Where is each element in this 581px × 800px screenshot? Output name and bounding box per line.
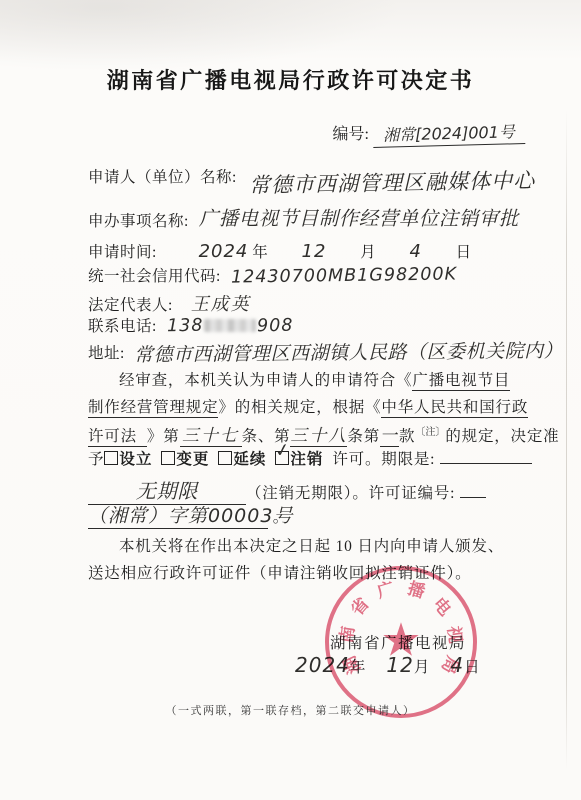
body-line-1: 经审查，本机关认为申请人的申请符合《广播电视节目: [88, 368, 524, 390]
field-row-matter: 申办事项名称: 广播电视节目制作经营单位注销审批: [88, 204, 519, 232]
sig-day-unit: 日: [464, 659, 481, 676]
body-text: 条第: [347, 428, 380, 445]
sig-year-value: 2024: [295, 653, 350, 677]
credit-code-label: 统一社会信用代码:: [88, 268, 221, 285]
body-text: 的规定，决定准: [445, 428, 559, 445]
apply-day-unit: 日: [456, 244, 472, 261]
body-text: 》的相关规定，根据《: [218, 399, 381, 416]
sig-day-value: 4: [450, 653, 464, 677]
doc-number-label: 编号:: [333, 126, 369, 143]
signature-date: 2024年12月4日: [295, 653, 481, 678]
applicant-value: 常德市西湖管理区融媒体中心: [249, 165, 535, 200]
regulation-title-part2: 制作经营管理规定: [88, 399, 218, 418]
checkbox-label: 注销: [290, 451, 323, 468]
apply-month-unit: 月: [360, 244, 376, 261]
checkbox-label: 变更: [176, 451, 209, 468]
scanned-document-page: 湖南省广播电视局行政许可决定书 编号: 湘常[2024]001号 申请人（单位）…: [0, 0, 581, 800]
sig-year-unit: 年: [350, 659, 367, 676]
law-title-part1: 中华人民共和国行政: [381, 399, 528, 418]
body-text: 款: [399, 428, 415, 445]
credit-code-value: 12430700MB1G98200K: [231, 264, 457, 287]
seal-arc-char: 省: [344, 591, 374, 620]
field-row-applicant: 申请人（单位）名称: 常德市西湖管理区融媒体中心: [88, 159, 535, 189]
field-row-credit-code: 统一社会信用代码: 12430700MB1G98200K: [88, 264, 457, 286]
phone-label: 联系电话:: [88, 318, 157, 335]
checkbox-establish: [104, 451, 118, 465]
phone-suffix: 908: [257, 316, 294, 337]
apply-time-label: 申请时间:: [88, 244, 157, 261]
issuing-agency-name: 湖南省广播电视局: [330, 631, 466, 653]
checkbox-item-establish: 设立: [104, 451, 152, 468]
doc-number-line: 编号: 湘常[2024]001号: [333, 121, 525, 146]
matter-value: 广播电视节目制作经营单位注销审批: [199, 203, 519, 231]
body-text: （注销无期限）。许可证编号:: [246, 485, 455, 502]
footer-note: （一式两联，第一联存档，第二联交申请人）: [0, 702, 581, 718]
phone-masked-digits: [204, 319, 256, 332]
checkbox-checkmark: ✓: [274, 441, 293, 462]
document-title: 湖南省广播电视局行政许可决定书: [0, 64, 581, 95]
paper-edge-line: [566, 110, 567, 770]
clause-number: 一: [380, 421, 399, 447]
apply-day-value: 4: [409, 241, 421, 262]
apply-month-value: 12: [302, 241, 327, 262]
body-line-2: 制作经营管理规定》的相关规定，根据《中华人民共和国行政: [88, 395, 524, 417]
applicant-label: 申请人（单位）名称:: [88, 169, 237, 186]
checkbox-item-renew: 延续: [218, 451, 266, 468]
field-row-legal-rep: 法定代表人: 王成英: [88, 290, 251, 316]
body-line-7: 本机关将在作出本决定之日起 10 日内向申请人颁发、: [88, 534, 524, 556]
sig-month-value: 12: [386, 653, 413, 677]
body-line-6: （湘常）字第00003号 。: [88, 501, 524, 529]
checkbox-item-cancel: ✓注销: [275, 451, 323, 468]
body-text: 本机关将在作出本决定之日起 10 日内向申请人颁发、: [119, 538, 504, 555]
checkbox-item-change: 变更: [161, 451, 209, 468]
checkbox-renew: [218, 451, 232, 465]
address-value: 常德市西湖管理区西湖镇人民路（区委机关院内）: [134, 336, 563, 367]
article-number-2: 三十八: [290, 421, 347, 447]
legal-rep-value: 王成英: [191, 290, 251, 316]
body-text: 予: [88, 451, 104, 468]
body-text: 许可。期限是:: [332, 451, 435, 468]
seal-arc-char: 电: [428, 591, 458, 620]
address-label: 地址:: [88, 345, 125, 362]
license-no-blank-start: [460, 482, 486, 498]
field-row-address: 地址: 常德市西湖管理区西湖镇人民路（区委机关院内）: [88, 337, 563, 364]
field-row-apply-time: 申请时间: 2024 年 12 月 4 日: [88, 240, 471, 262]
legal-rep-label: 法定代表人:: [88, 297, 173, 314]
checkbox-label: 延续: [233, 451, 266, 468]
apply-year-value: 2024: [199, 241, 249, 262]
sig-month-unit: 月: [414, 659, 431, 676]
license-number-handwritten: （湘常）字第00003号: [88, 501, 268, 529]
phone-prefix: 138: [167, 316, 204, 337]
article-number-1: 三十七: [180, 421, 242, 447]
body-text: 经审查，本机关认为申请人的申请符合《: [119, 372, 412, 389]
matter-label: 申办事项名称:: [88, 213, 189, 230]
body-text: 送达相应行政许可证件（申请注销收回拟注销证件）。: [88, 565, 471, 582]
field-row-phone: 联系电话: 138908: [88, 314, 294, 336]
checkbox-label: 设立: [119, 451, 152, 468]
regulation-title-part1: 广播电视节目: [412, 372, 510, 391]
body-line-3: 许可法》第三十七条、第三十八条第一款〔注〕的规定，决定准: [88, 421, 524, 447]
checkbox-cancel-checked: ✓: [275, 451, 289, 465]
law-title-part2: 许可法: [88, 428, 147, 447]
checkbox-change: [161, 451, 175, 465]
apply-year-unit: 年: [252, 244, 268, 261]
doc-number-value: 湘常[2024]001号: [373, 119, 526, 148]
body-line-4: 予设立变更延续✓注销许可。期限是:: [88, 447, 524, 469]
body-text: 。: [273, 509, 289, 526]
body-line-8: 送达相应行政许可证件（申请注销收回拟注销证件）。: [88, 561, 524, 583]
body-text: 》第: [147, 428, 180, 445]
term-blank-line: [440, 448, 532, 464]
note-superscript: 〔注〕: [415, 427, 445, 438]
